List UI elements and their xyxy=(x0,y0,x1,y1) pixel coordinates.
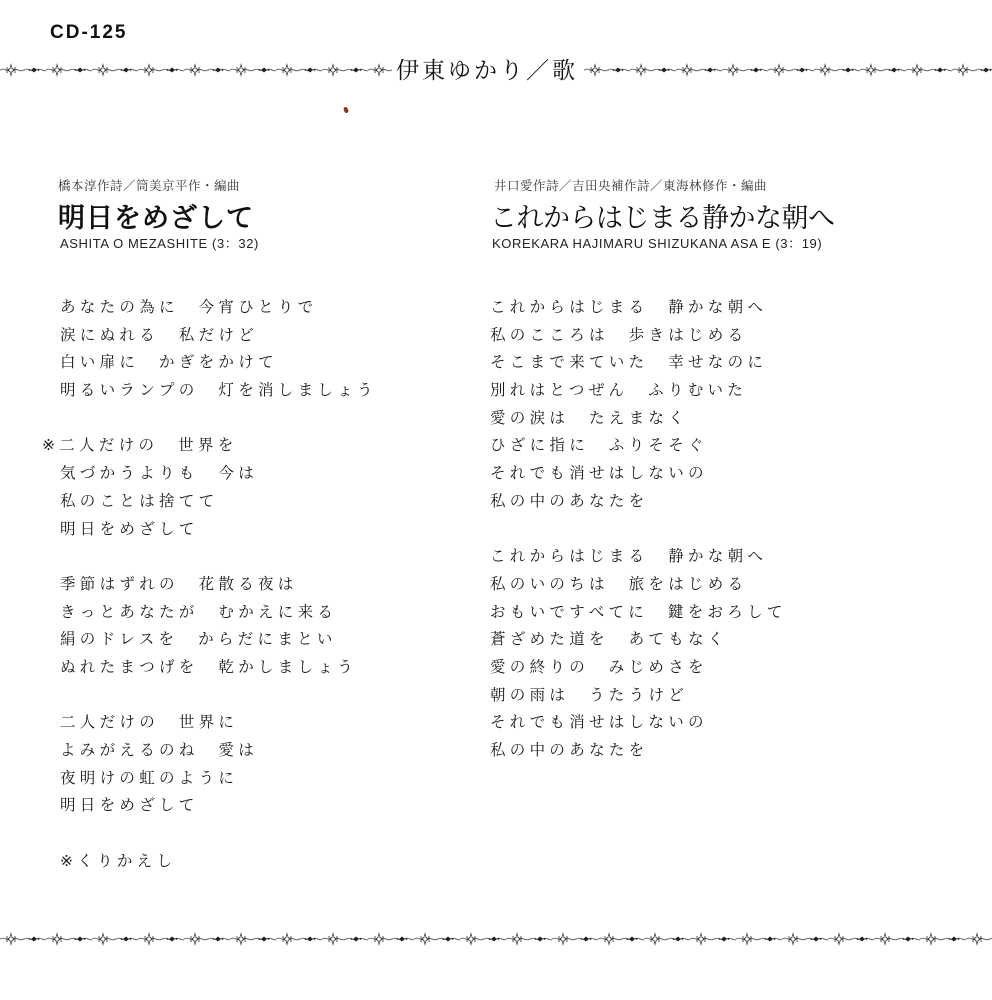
song-block-2: 井口愛作詩／吉田央補作詩／東海林修作・編曲 これからはじまる静かな朝へ KORE… xyxy=(484,176,835,252)
lyric-stanza-chorus: ※二人だけの 世界を 気づかうよりも 今は 私のことは捨てて 明日をめざして xyxy=(42,432,377,543)
lyric-line: 明日をめざして xyxy=(42,792,377,820)
lyric-stanza: これからはじまる 静かな朝へ 私のいのちは 旅をはじめる おもいですべてに 鍵を… xyxy=(490,543,787,765)
artist-credit: 伊東ゆかり／歌 xyxy=(396,56,578,86)
lyric-line: 別れはとつぜん ふりむいた xyxy=(490,377,787,405)
lyric-line: 夜明けの虹のように xyxy=(42,765,377,793)
lyric-stanza: あなたの為に 今宵ひとりで 涙にぬれる 私だけど 白い扉に かぎをかけて 明るい… xyxy=(42,294,377,405)
lyric-line: 二人だけの 世界に xyxy=(42,709,377,737)
lyric-line: 季節はずれの 花散る夜は xyxy=(42,571,377,599)
lyric-line: 涙にぬれる 私だけど xyxy=(42,322,377,350)
bottom-ornament xyxy=(0,931,992,947)
lyrics-song-2: これからはじまる 静かな朝へ 私のこころは 歩きはじめる そこまで来ていた 幸せ… xyxy=(490,294,787,765)
lyric-line: 気づかうよりも 今は xyxy=(42,460,377,488)
fleur-chain-ornament-icon xyxy=(0,931,992,947)
lyric-line: 私のこころは 歩きはじめる xyxy=(490,322,787,350)
lyric-line: ひざに指に ふりそそぐ xyxy=(490,432,787,460)
lyric-stanza: 二人だけの 世界に よみがえるのね 愛は 夜明けの虹のように 明日をめざして xyxy=(42,709,377,820)
lyric-line: ぬれたまつげを 乾かしましょう xyxy=(42,654,377,682)
lyric-line: 私のいのちは 旅をはじめる xyxy=(490,571,787,599)
ink-stain-mark xyxy=(343,106,349,113)
repeat-chorus-note: ※くりかえし xyxy=(42,848,377,876)
lyric-line: それでも消せはしないの xyxy=(490,460,787,488)
top-ornament-right xyxy=(584,62,992,78)
lyric-line: これからはじまる 静かな朝へ xyxy=(490,543,787,571)
song-credits: 井口愛作詩／吉田央補作詩／東海林修作・編曲 xyxy=(494,176,835,194)
lyric-line: これからはじまる 静かな朝へ xyxy=(490,294,787,322)
lyric-line: 朝の雨は うたうけど xyxy=(490,682,787,710)
lyric-line: あなたの為に 今宵ひとりで xyxy=(42,294,377,322)
song-title: これからはじまる静かな朝へ xyxy=(490,203,835,235)
lyric-stanza-repeat-note: ※くりかえし xyxy=(42,848,377,876)
top-ornament-left xyxy=(0,62,392,78)
lyric-line: 愛の涙は たえまなく xyxy=(490,405,787,433)
lyric-stanza: これからはじまる 静かな朝へ 私のこころは 歩きはじめる そこまで来ていた 幸せ… xyxy=(490,294,787,516)
lyric-line: よみがえるのね 愛は xyxy=(42,737,377,765)
lyric-line: 蒼ざめた道を あてもなく xyxy=(490,626,787,654)
song-title: 明日をめざして xyxy=(58,203,259,235)
lyric-line: そこまで来ていた 幸せなのに xyxy=(490,349,787,377)
catalog-number: CD-125 xyxy=(50,22,127,44)
fleur-chain-ornament-icon xyxy=(0,62,392,78)
lyric-line: ※二人だけの 世界を xyxy=(42,432,377,460)
fleur-chain-ornament-icon xyxy=(584,62,992,78)
lyric-line: 愛の終りの みじめさを xyxy=(490,654,787,682)
lyric-line: きっとあなたが むかえに来る xyxy=(42,599,377,627)
lyric-line: 白い扉に かぎをかけて xyxy=(42,349,377,377)
song-romaji-duration: ASHITA O MEZASHITE (3：32) xyxy=(60,233,259,252)
lyric-line: 明日をめざして xyxy=(42,516,377,544)
lyric-line: 私の中のあなたを xyxy=(490,488,787,516)
song-block-1: 橋本淳作詩／筒美京平作・編曲 明日をめざして ASHITA O MEZASHIT… xyxy=(46,176,259,252)
lyric-line: 絹のドレスを からだにまとい xyxy=(42,626,377,654)
song-romaji-duration: KOREKARA HAJIMARU SHIZUKANA ASA E (3：19) xyxy=(492,233,835,252)
lyric-stanza: 季節はずれの 花散る夜は きっとあなたが むかえに来る 絹のドレスを からだにま… xyxy=(42,571,377,682)
lyric-line: 私の中のあなたを xyxy=(490,737,787,765)
lyric-line: 明るいランプの 灯を消しましょう xyxy=(42,377,377,405)
lyric-line: それでも消せはしないの xyxy=(490,709,787,737)
song-credits: 橋本淳作詩／筒美京平作・編曲 xyxy=(58,176,259,194)
lyric-line: 私のことは捨てて xyxy=(42,488,377,516)
lyric-line: おもいですべてに 鍵をおろして xyxy=(490,599,787,627)
lyrics-song-1: あなたの為に 今宵ひとりで 涙にぬれる 私だけど 白い扉に かぎをかけて 明るい… xyxy=(42,294,377,875)
